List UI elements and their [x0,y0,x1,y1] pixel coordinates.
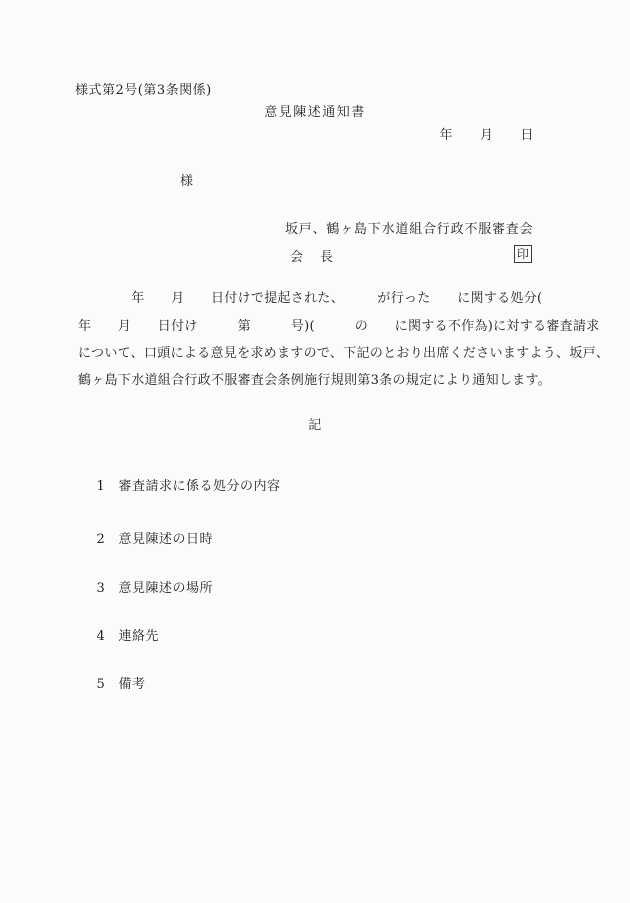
document-title: 意見陳述通知書 [0,104,630,121]
ki-heading: 記 [0,417,630,434]
body-line-4: 鶴ヶ島下水道組合行政不服審査会条例施行規則第3条の規定により通知します。 [78,372,588,389]
list-item-2-number: 2 [97,531,119,548]
list-item-2: 2意見陳述の日時 [78,514,213,565]
issuer-organization: 坂戸、鶴ヶ島下水道組合行政不服審査会 [285,221,533,238]
list-item-2-label: 意見陳述の日時 [119,532,214,547]
addressee-suffix: 様 [180,173,194,190]
list-item-5-label: 備考 [119,677,146,692]
list-item-5-number: 5 [97,676,119,693]
list-item-1-label: 審査請求に係る処分の内容 [119,479,281,494]
body-line-2: 年 月 日付け 第 号)( の に関する不作為)に対する審査請求 [78,318,588,335]
seal-mark: 印 [514,245,532,263]
date-line: 年 月 日 [439,127,534,144]
list-item-3-label: 意見陳述の場所 [119,581,214,596]
list-item-1: 1審査請求に係る処分の内容 [78,461,281,512]
issuer-title: 会 長 [290,249,335,266]
list-item-4-number: 4 [97,628,119,645]
form-number: 様式第2号(第3条関係) [75,82,212,99]
body-line-1: 年 月 日付けで提起された、 が行った に関する処分( [78,290,588,307]
list-item-3: 3意見陳述の場所 [78,563,213,614]
list-item-3-number: 3 [97,580,119,597]
list-item-4-label: 連絡先 [119,629,160,644]
list-item-5: 5備考 [78,659,146,710]
document-page: 様式第2号(第3条関係) 意見陳述通知書 年 月 日 様 坂戸、鶴ヶ島下水道組合… [0,0,630,903]
list-item-4: 4連絡先 [78,611,159,662]
list-item-1-number: 1 [97,478,119,495]
body-line-3: について、口頭による意見を求めますので、下記のとおり出席くださいますよう、坂戸、 [78,345,588,362]
